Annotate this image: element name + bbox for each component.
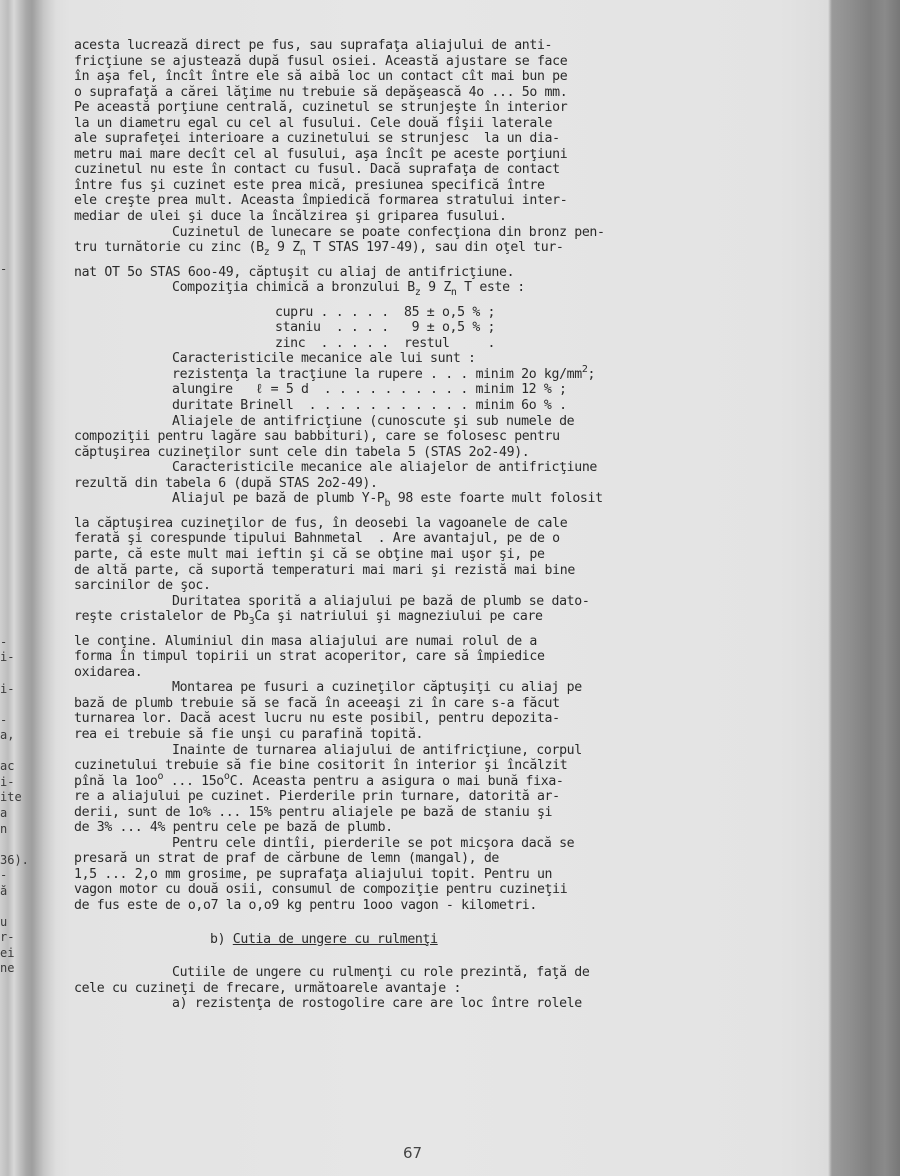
text-line: Aliajele de antifricţiune (cunoscute şi … [74,414,814,430]
scanned-book-page: acesta lucrează direct pe fus, sau supra… [0,0,900,1176]
text-line: sarcinilor de şoc. [74,578,814,594]
margin-fragment: ite [0,790,60,806]
margin-fragment: i- [0,775,60,791]
text-line: de altă parte, că suportă temperaturi ma… [74,563,814,579]
margin-fragment: n [0,822,60,838]
text-line: derii, sunt de 1o% ... 15% pentru aliaje… [74,805,814,821]
text-line: rezistenţa la tracţiune la rupere . . . … [74,367,814,383]
page-number: 67 [403,1144,422,1162]
text-line: între fus şi cuzinet este prea mică, pre… [74,178,814,194]
section-heading: b) Cutia de ungere cu rulmenţi [74,932,814,948]
text-line: Cuzinetul de lunecare se poate confecţio… [74,225,814,241]
text-line: le conţine. Aluminiul din masa aliajului… [74,634,814,650]
margin-fragment: - [0,635,60,651]
text-line: Pentru cele dintîi, pierderile se pot mi… [74,836,814,852]
text-line: compoziţii pentru lagăre sau babbituri),… [74,429,814,445]
text-line: Pe această porţiune centrală, cuzinetul … [74,100,814,116]
margin-fragment: i- [0,682,60,698]
text-line: Compoziţia chimică a bronzului Bz 9 Zn T… [74,280,814,296]
text-line: la un diametru egal cu cel al fusului. C… [74,116,814,132]
text-line: cupru . . . . . 85 ± o,5 % ; [74,305,814,321]
text-line: fricţiune se ajustează după fusul osiei.… [74,54,814,70]
text-line: vagon motor cu două osii, consumul de co… [74,882,814,898]
section-heading-title: Cutia de ungere cu rulmenţi [233,932,438,947]
text-line: Cutiile de ungere cu rulmenţi cu role pr… [74,965,814,981]
text-line: Aliajul pe bază de plumb Y-Pb 98 este fo… [74,491,814,507]
text-line: ferată şi corespunde tipului Bahnmetal .… [74,531,814,547]
section-heading-prefix: b) [210,932,233,947]
margin-fragment: - [0,868,60,884]
margin-fragment: a [0,806,60,822]
margin-fragment: ei [0,946,60,962]
text-line: în aşa fel, încît între ele să aibă loc … [74,69,814,85]
text-line: mediar de ulei şi duce la încălzirea şi … [74,209,814,225]
text-line: metru mai mare decît cel al fusului, aşa… [74,147,814,163]
body-text: acesta lucrează direct pe fus, sau supra… [74,38,814,1012]
text-line: de fus este de o,o7 la o,o9 kg pentru 1o… [74,898,814,914]
text-line: rea ei trebuie să fie unşi cu parafină t… [74,727,814,743]
text-line: parte, că este mult mai ieftin şi că se … [74,547,814,563]
margin-fragment: 36). [0,853,60,869]
text-line: bază de plumb trebuie să se facă în acee… [74,696,814,712]
margin-fragment: i- [0,650,60,666]
text-line: cuzinetului trebuie să fie bine cositori… [74,758,814,774]
text-line: pînă la 1ooo ... 15ooC. Aceasta pentru a… [74,774,814,790]
text-line: la căptuşirea cuzineţilor de fus, în deo… [74,516,814,532]
text-line: ale suprafeţei interioare a cuzinetului … [74,131,814,147]
text-line: a) rezistenţa de rostogolire care are lo… [74,996,814,1012]
text-line: acesta lucrează direct pe fus, sau supra… [74,38,814,54]
text-line: re a aliajului pe cuzinet. Pierderile pr… [74,789,814,805]
text-line: rezultă din tabela 6 (după STAS 2o2-49). [74,476,814,492]
margin-fragment: a, [0,728,60,744]
text-line: oxidarea. [74,665,814,681]
text-line: o suprafaţă a cărei lăţime nu trebuie să… [74,85,814,101]
margin-fragment: - [0,262,60,278]
text-line: ele creşte prea mult. Aceasta împiedică … [74,193,814,209]
text-line: duritate Brinell . . . . . . . . . . . m… [74,398,814,414]
text-line: Caracteristicile mecanice ale lui sunt : [74,351,814,367]
text-line: forma în timpul topirii un strat acoperi… [74,649,814,665]
text-line: Montarea pe fusuri a cuzineţilor căptuşi… [74,680,814,696]
text-line: cele cu cuzineţi de frecare, următoarele… [74,981,814,997]
text-line: staniu . . . . 9 ± o,5 % ; [74,320,814,336]
margin-fragment: ă [0,884,60,900]
text-line: 1,5 ... 2,o mm grosime, pe suprafaţa ali… [74,867,814,883]
text-line: presară un strat de praf de cărbune de l… [74,851,814,867]
text-line: turnarea lor. Dacă acest lucru nu este p… [74,711,814,727]
text-line: de 3% ... 4% pentru cele pe bază de plum… [74,820,814,836]
text-line: tru turnătorie cu zinc (Bz 9 Zn T STAS 1… [74,240,814,256]
text-line: Inainte de turnarea aliajului de antifri… [74,743,814,759]
margin-fragment: ne [0,961,60,977]
margin-fragment: - [0,713,60,729]
margin-fragment: ac [0,759,60,775]
text-line: Duritatea sporită a aliajului pe bază de… [74,594,814,610]
text-line: cuzinetul nu este în contact cu fusul. D… [74,162,814,178]
text-line: căptuşirea cuzineţilor sunt cele din tab… [74,445,814,461]
text-line: nat OT 5o STAS 6oo-49, căptuşit cu aliaj… [74,265,814,281]
text-line: reşte cristalelor de Pb3Ca şi natriului … [74,609,814,625]
text-line: zinc . . . . . restul . [74,336,814,352]
text-line: alungire ℓ = 5 d . . . . . . . . . . min… [74,382,814,398]
margin-fragment: u [0,915,60,931]
margin-fragment: r- [0,930,60,946]
text-line: Caracteristicile mecanice ale aliajelor … [74,460,814,476]
